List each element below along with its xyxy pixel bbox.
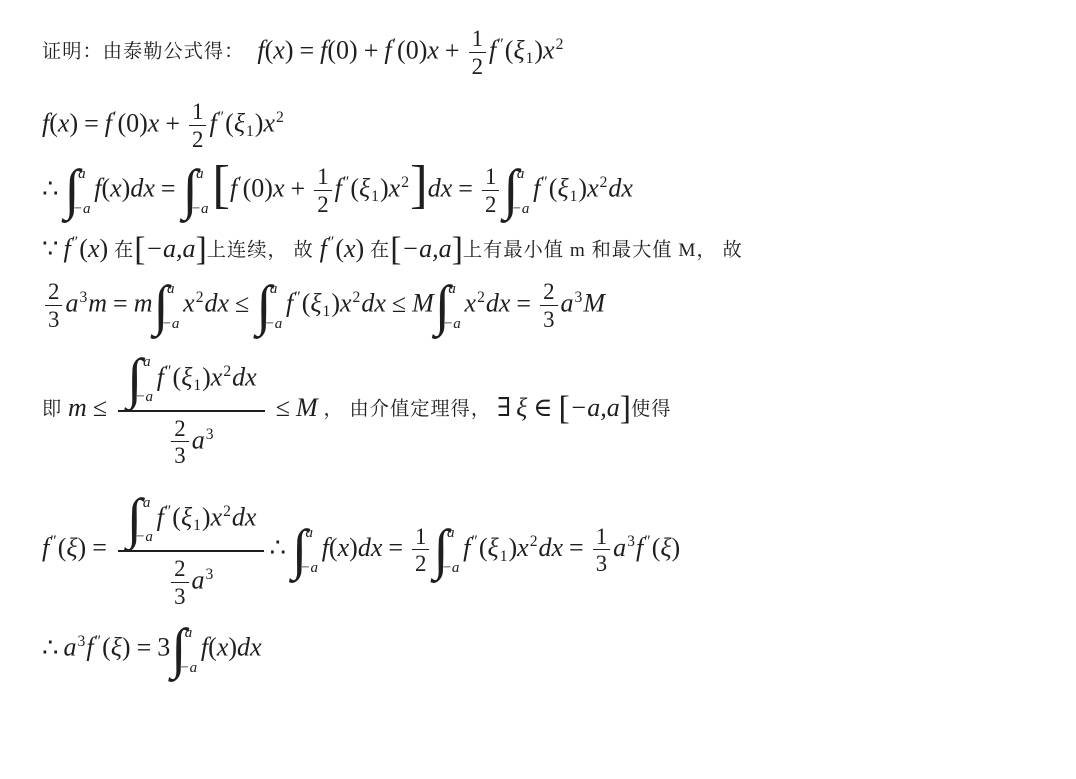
math-sub: 1 bbox=[526, 50, 534, 67]
math-br: ] bbox=[196, 231, 207, 268]
math-sup: ″ bbox=[471, 533, 478, 550]
math-it: M bbox=[296, 393, 318, 422]
math-int-integral: ∫a−a bbox=[127, 353, 156, 406]
math-sym: ∴ bbox=[42, 633, 64, 662]
math-txt bbox=[244, 36, 257, 65]
math-op: + bbox=[285, 174, 312, 203]
math-it: x bbox=[148, 109, 160, 138]
math-txt: (0) bbox=[243, 174, 273, 203]
math-sup: ″ bbox=[644, 533, 651, 550]
math-it: f bbox=[209, 109, 216, 138]
math-it: x bbox=[217, 633, 229, 662]
math-vfrac: ∫a−af″(ξ1)x2dx23a3 bbox=[118, 351, 265, 469]
math-it: −a,a bbox=[402, 234, 452, 263]
math-int-integral: ∫a−a bbox=[171, 623, 200, 676]
math-it: f bbox=[157, 362, 164, 391]
math-big: ] bbox=[410, 155, 428, 214]
math-int-integral: ∫a−a bbox=[153, 280, 182, 333]
math-it: M bbox=[583, 289, 605, 318]
math-sub: 1 bbox=[371, 188, 379, 205]
math-it: x bbox=[263, 109, 275, 138]
math-sup: 2 bbox=[223, 363, 231, 380]
math-it: f bbox=[286, 289, 293, 318]
math-txt: ) bbox=[349, 533, 358, 562]
math-it: a bbox=[192, 566, 205, 595]
math-sub: 1 bbox=[246, 123, 254, 140]
math-frac: 12 bbox=[412, 524, 429, 577]
math-sub: 1 bbox=[193, 517, 201, 534]
math-txt: ) bbox=[508, 533, 517, 562]
math-sup: ″ bbox=[541, 174, 548, 191]
math-sup: ″ bbox=[165, 363, 172, 380]
math-sup: ″ bbox=[497, 36, 504, 53]
math-sup: ″ bbox=[218, 109, 225, 126]
math-sup: ″ bbox=[294, 289, 301, 306]
math-it: f bbox=[157, 503, 164, 532]
math-br: [ bbox=[558, 390, 569, 427]
math-txt: ) bbox=[202, 503, 211, 532]
math-sup: ′ bbox=[393, 36, 396, 53]
math-sup: 2 bbox=[353, 289, 361, 306]
math-it: ξ bbox=[359, 174, 370, 203]
math-it: x bbox=[338, 533, 350, 562]
math-it: f bbox=[86, 633, 93, 662]
math-it: f bbox=[320, 234, 327, 263]
math-it: f bbox=[322, 533, 329, 562]
math-sym: ∴ bbox=[269, 533, 291, 562]
math-it: f bbox=[105, 109, 112, 138]
math-br: [ bbox=[390, 231, 401, 268]
math-vfrac: ∫a−af″(ξ1)x2dx23a3 bbox=[118, 491, 265, 609]
math-sup: 2 bbox=[530, 533, 538, 550]
math-sub: 1 bbox=[500, 548, 508, 565]
math-sup: 2 bbox=[477, 289, 485, 306]
math-it: f bbox=[335, 174, 342, 203]
math-sup: 3 bbox=[206, 566, 214, 583]
math-frac: 23 bbox=[171, 556, 188, 609]
proof-line-1-taylor-expansion: 证明：由泰勒公式得： f(x)=f(0)+f′(0)x+12f″(ξ1)x2 bbox=[42, 26, 1047, 79]
math-it: x bbox=[465, 289, 477, 318]
math-int-integral: ∫a−a bbox=[256, 280, 285, 333]
math-it: x bbox=[88, 234, 100, 263]
math-txt: ( bbox=[172, 503, 181, 532]
math-int-integral: ∫a−a bbox=[503, 164, 532, 217]
math-op: ≤ bbox=[386, 289, 412, 318]
math-txt: ( bbox=[335, 234, 344, 263]
math-op: + bbox=[358, 36, 385, 65]
math-it: x bbox=[110, 174, 122, 203]
math-sup: ″ bbox=[50, 533, 57, 550]
math-it: a bbox=[561, 289, 574, 318]
math-it: a bbox=[64, 633, 77, 662]
math-op: ∈ bbox=[527, 393, 558, 422]
math-txt: ) bbox=[672, 533, 681, 562]
math-it: x bbox=[183, 289, 195, 318]
math-it: ξ bbox=[557, 174, 568, 203]
math-int-integral: ∫a−a bbox=[127, 493, 156, 546]
math-it: f bbox=[533, 174, 540, 203]
math-frac: 13 bbox=[593, 524, 610, 577]
math-it: m bbox=[134, 289, 153, 318]
math-sub: 1 bbox=[323, 303, 331, 320]
math-frac: 23 bbox=[540, 279, 557, 332]
math-it: f bbox=[463, 533, 470, 562]
math-int-integral: ∫a−a bbox=[435, 280, 464, 333]
math-br: [ bbox=[134, 231, 145, 268]
math-it: dx bbox=[232, 362, 257, 391]
math-op: = bbox=[382, 533, 409, 562]
math-it: m bbox=[88, 289, 107, 318]
math-it: x bbox=[58, 109, 70, 138]
math-int-integral: ∫a−a bbox=[183, 164, 212, 217]
math-sup: 2 bbox=[276, 109, 284, 126]
math-sup: ″ bbox=[328, 234, 335, 251]
math-it: ξ bbox=[111, 633, 122, 662]
math-txt: ( bbox=[173, 362, 182, 391]
math-it: m bbox=[68, 393, 87, 422]
math-sup: ″ bbox=[95, 633, 102, 650]
math-it: f bbox=[489, 36, 496, 65]
math-cjk: ， 由介值定理得， bbox=[318, 399, 497, 420]
math-txt: ) bbox=[202, 362, 211, 391]
math-txt: ( bbox=[79, 234, 88, 263]
math-op: ≤ bbox=[270, 393, 296, 422]
math-it: x bbox=[427, 36, 439, 65]
math-it: f bbox=[636, 533, 643, 562]
math-it: ξ bbox=[488, 533, 499, 562]
math-op: = bbox=[452, 174, 479, 203]
math-txt: (0) bbox=[117, 109, 147, 138]
math-it: ξ bbox=[66, 533, 77, 562]
math-it: a bbox=[65, 289, 78, 318]
math-sup: ′ bbox=[238, 174, 241, 191]
math-txt: ( bbox=[101, 174, 110, 203]
math-it: dx bbox=[428, 174, 453, 203]
math-op: = bbox=[510, 289, 537, 318]
math-txt: ) bbox=[69, 109, 78, 138]
math-frac: 23 bbox=[45, 279, 62, 332]
math-int-integral: ∫a−a bbox=[292, 524, 321, 577]
math-it: x bbox=[344, 234, 356, 263]
math-frac: 12 bbox=[189, 99, 206, 152]
math-op: + bbox=[159, 109, 186, 138]
math-it: dx bbox=[237, 633, 262, 662]
math-txt: ( bbox=[225, 109, 234, 138]
math-cjk: 上有最小值 m 和最大值 M， 故 bbox=[463, 240, 743, 261]
math-cjk: 证明：由泰勒公式得： bbox=[42, 42, 244, 63]
math-sym: ∴ bbox=[42, 174, 64, 203]
math-txt: ( bbox=[208, 633, 217, 662]
math-op: = bbox=[86, 533, 113, 562]
math-it: f bbox=[64, 234, 71, 263]
math-int-integral: ∫a−a bbox=[65, 164, 94, 217]
math-op: ≤ bbox=[87, 393, 113, 422]
math-sup: 2 bbox=[556, 36, 564, 53]
math-it: dx bbox=[608, 174, 633, 203]
math-it: a bbox=[192, 425, 205, 454]
math-cjk: 即 bbox=[42, 399, 68, 420]
math-sup: 3 bbox=[78, 633, 86, 650]
math-it: dx bbox=[204, 289, 229, 318]
math-sup: ″ bbox=[72, 234, 79, 251]
math-cjk: 在 bbox=[364, 240, 390, 261]
math-sup: 2 bbox=[223, 503, 231, 520]
math-txt: (0) bbox=[327, 36, 357, 65]
scanned-proof-page: 证明：由泰勒公式得： f(x)=f(0)+f′(0)x+12f″(ξ1)x2f(… bbox=[0, 0, 1076, 779]
math-it: dx bbox=[486, 289, 511, 318]
math-sup: ″ bbox=[343, 174, 350, 191]
proof-line-5-bounds: 23a3m=m∫a−ax2dx≤∫a−af″(ξ1)x2dx≤M∫a−ax2dx… bbox=[42, 279, 1047, 332]
math-txt: ( bbox=[329, 533, 338, 562]
math-br: ] bbox=[452, 231, 463, 268]
math-it: ξ bbox=[660, 533, 671, 562]
math-it: dx bbox=[358, 533, 383, 562]
math-txt: ) bbox=[578, 174, 587, 203]
math-sup: ″ bbox=[165, 503, 172, 520]
math-op: = bbox=[78, 109, 105, 138]
math-op: = bbox=[107, 289, 134, 318]
math-it: ξ bbox=[181, 503, 192, 532]
math-txt: ) bbox=[331, 289, 340, 318]
math-it: f bbox=[257, 36, 264, 65]
math-txt: ( bbox=[350, 174, 359, 203]
math-it: dx bbox=[361, 289, 386, 318]
math-txt: ( bbox=[102, 633, 111, 662]
math-it: −a,a bbox=[145, 234, 195, 263]
math-it: ξ bbox=[513, 36, 524, 65]
math-sup: 3 bbox=[79, 289, 87, 306]
math-big: [ bbox=[212, 155, 230, 214]
math-sup: 3 bbox=[206, 426, 214, 443]
math-sup: ′ bbox=[113, 109, 116, 126]
math-sub: 1 bbox=[193, 377, 201, 394]
math-txt: ) bbox=[122, 633, 131, 662]
math-txt: 3 bbox=[157, 633, 170, 662]
proof-line-2-simplified: f(x)=f′(0)x+12f″(ξ1)x2 bbox=[42, 99, 1047, 152]
math-txt: ) bbox=[534, 36, 543, 65]
math-txt: ) bbox=[228, 633, 237, 662]
math-it: x bbox=[517, 533, 529, 562]
math-it: ξ bbox=[516, 393, 527, 422]
math-it: x bbox=[389, 174, 401, 203]
proof-line-4-continuity: ∵f″(x) 在[−a,a]上连续， 故 f″(x) 在[−a,a]上有最小值 … bbox=[42, 232, 1047, 266]
math-txt: ( bbox=[265, 36, 274, 65]
math-frac: 12 bbox=[482, 164, 499, 217]
math-it: ξ bbox=[181, 362, 192, 391]
math-txt: ) bbox=[356, 234, 365, 263]
math-txt: ( bbox=[479, 533, 488, 562]
math-it: M bbox=[412, 289, 434, 318]
math-sup: 2 bbox=[401, 174, 409, 191]
math-frac: 23 bbox=[171, 416, 188, 469]
proof-line-6-intermediate-value: 即 m≤∫a−af″(ξ1)x2dx23a3≤M ， 由介值定理得， ∃ξ∈[−… bbox=[42, 351, 1047, 469]
math-br: ] bbox=[620, 390, 631, 427]
math-it: f bbox=[384, 36, 391, 65]
math-it: x bbox=[273, 36, 285, 65]
math-op: = bbox=[293, 36, 320, 65]
math-cjk: 在 bbox=[108, 240, 134, 261]
math-it: x bbox=[543, 36, 555, 65]
math-it: f bbox=[230, 174, 237, 203]
math-txt: ( bbox=[49, 109, 58, 138]
math-it: dx bbox=[539, 533, 564, 562]
math-sym: ∃ bbox=[497, 393, 516, 422]
math-txt: ) bbox=[380, 174, 389, 203]
math-frac: 12 bbox=[469, 26, 486, 79]
math-op: = bbox=[131, 633, 158, 662]
math-it: a bbox=[613, 533, 626, 562]
math-it: x bbox=[587, 174, 599, 203]
math-cjk: 上连续， 故 bbox=[207, 240, 320, 261]
math-frac: 12 bbox=[314, 164, 331, 217]
math-it: x bbox=[211, 362, 223, 391]
math-txt: ) bbox=[100, 234, 109, 263]
proof-line-7-conclusion-fraction: f″(ξ)=∫a−af″(ξ1)x2dx23a3∴∫a−af(x)dx=12∫a… bbox=[42, 491, 1047, 609]
math-it: dx bbox=[232, 503, 257, 532]
math-sym: ∵ bbox=[42, 234, 64, 263]
math-cjk: 使得 bbox=[631, 399, 671, 420]
math-op: = bbox=[563, 533, 590, 562]
math-op: = bbox=[155, 174, 182, 203]
math-sup: 2 bbox=[196, 289, 204, 306]
math-sub: 1 bbox=[570, 188, 578, 205]
math-op: + bbox=[439, 36, 466, 65]
math-sup: 3 bbox=[627, 533, 635, 550]
math-it: ξ bbox=[234, 109, 245, 138]
math-it: −a,a bbox=[570, 393, 620, 422]
math-it: x bbox=[273, 174, 285, 203]
math-proof-document: 证明：由泰勒公式得： f(x)=f(0)+f′(0)x+12f″(ξ1)x2f(… bbox=[42, 26, 1047, 688]
math-it: x bbox=[211, 503, 223, 532]
math-sup: 2 bbox=[600, 174, 608, 191]
proof-line-8-final-result: ∴a3f″(ξ)=3∫a−af(x)dx bbox=[42, 623, 1047, 676]
math-it: x bbox=[340, 289, 352, 318]
proof-line-3-integrate: ∴∫a−af(x)dx=∫a−a[f′(0)x+12f″(ξ1)x2]dx=12… bbox=[42, 164, 1047, 217]
math-sup: 3 bbox=[575, 289, 583, 306]
math-txt: ) bbox=[78, 533, 87, 562]
math-txt: (0) bbox=[397, 36, 427, 65]
math-it: ξ bbox=[310, 289, 321, 318]
math-it: dx bbox=[130, 174, 155, 203]
math-op: ≤ bbox=[229, 289, 255, 318]
math-int-integral: ∫a−a bbox=[433, 524, 462, 577]
math-it: f bbox=[42, 533, 49, 562]
